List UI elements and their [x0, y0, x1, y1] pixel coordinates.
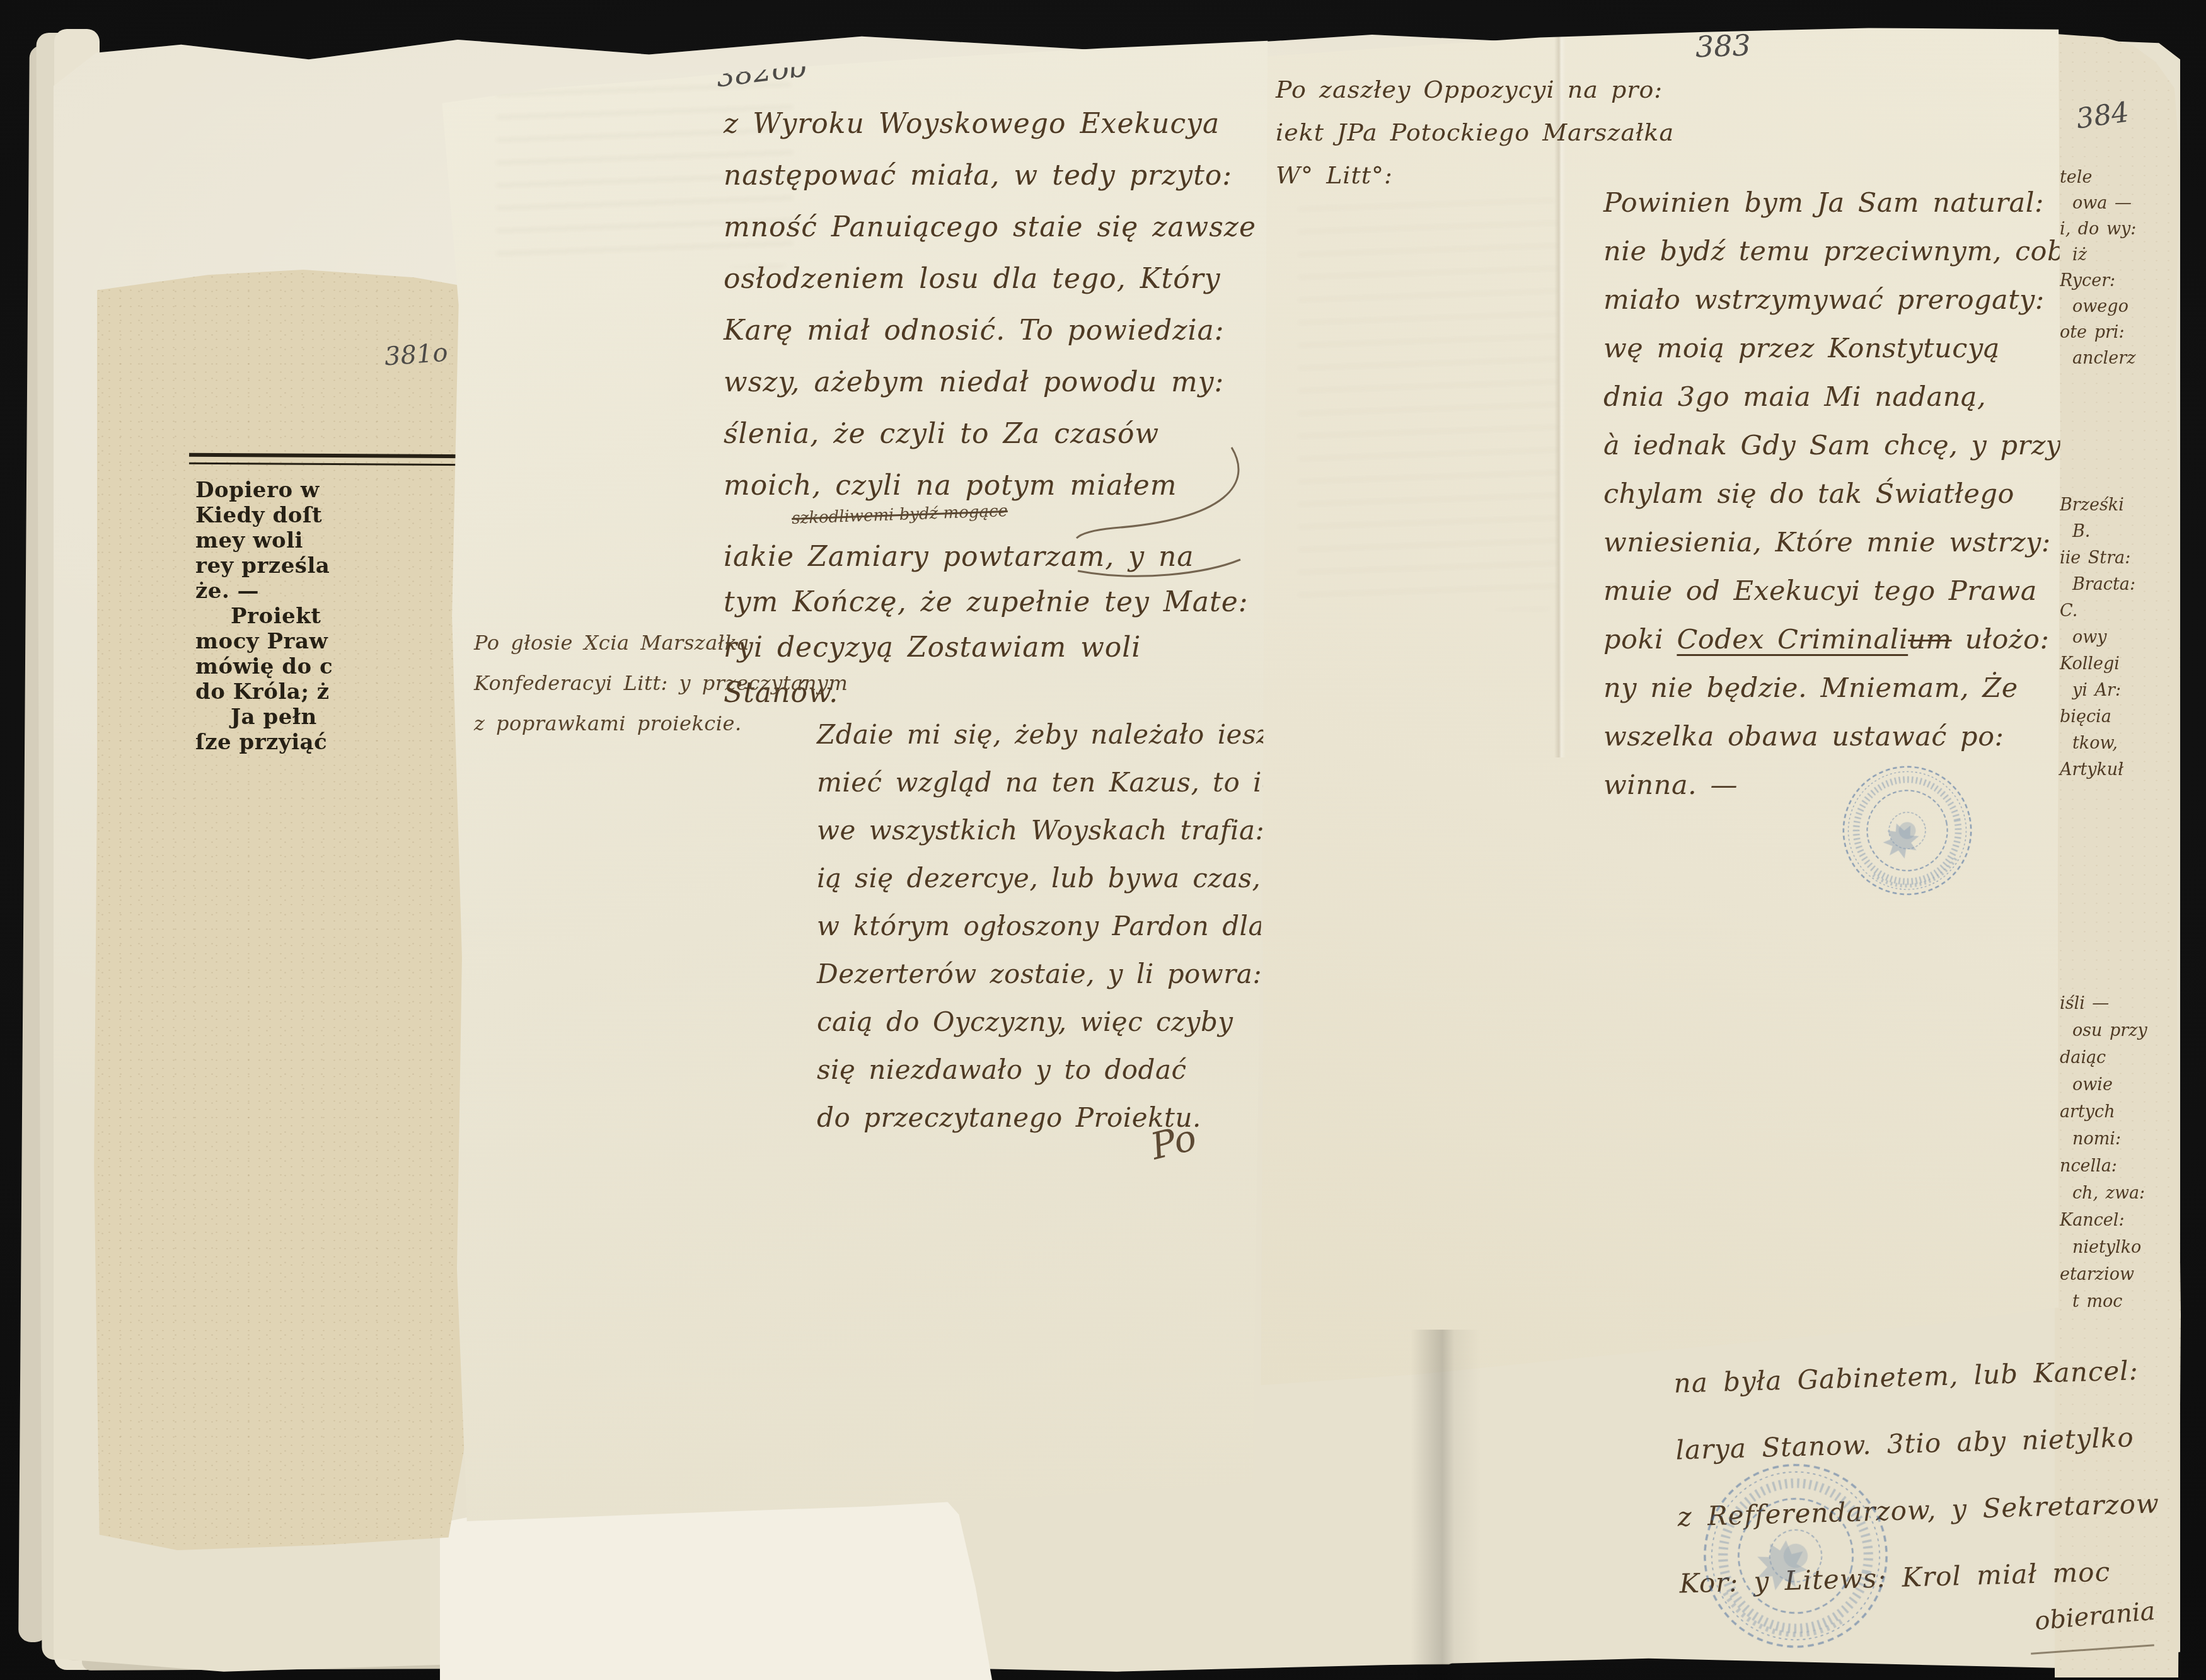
manuscript-line: Zdaie mi się, żeby należało ieszcze: [817, 711, 1316, 759]
edge-fragment-line: iie Stra:: [2060, 545, 2173, 572]
printed-line: mówię do c: [195, 654, 333, 679]
edge-fragment-group: iśli —osu przydaiącowieartychnomi:ncella…: [2060, 990, 2173, 1315]
edge-fragment-line: etarziow: [2060, 1261, 2173, 1288]
bleed-through-smudge: [1298, 194, 1557, 610]
gazette-fragment: 381o Dopiero wKiedy doſtmey wolirey prze…: [93, 270, 475, 1550]
edge-fragment-line: iż: [2060, 242, 2173, 268]
codex-line: poki Codex Criminalium ułożo:: [1603, 616, 2081, 664]
manuscript-line: Konfederacyi Litt: y przeczytanym: [474, 663, 848, 703]
manuscript-line: się niezdawało y to dodać: [817, 1046, 1316, 1094]
manuscript-line: osłodzeniem losu dla tego, Który: [724, 253, 1256, 305]
manuscript-line: następować miała, w tedy przyto:: [724, 150, 1256, 202]
manuscript-line: nie bydź temu przeciwnym, coby: [1603, 227, 2081, 276]
manuscript-line: wniesienia, Które mnie wstrzy:: [1603, 519, 2081, 567]
gutter-shadow: [1411, 1330, 1481, 1680]
manuscript-line: mność Panuiącego staie się zawsze: [724, 202, 1256, 253]
opposition-heading: Po zaszłey Oppozycyi na pro:iekt JPa Pot…: [1276, 68, 1674, 197]
archive-scan: 384 teleowa —i, do wy:iżRycer:owegoote p…: [0, 0, 2206, 1680]
manuscript-line: chylam się do tak Światłego: [1603, 470, 2081, 519]
codex-pre: poki: [1603, 624, 1677, 655]
edge-fragment-group: BrześkiB.iie Stra:Bracta:C.owyKollegiyi …: [2060, 492, 2173, 783]
edge-fragment-line: nietylko: [2060, 1234, 2173, 1261]
response-lines-a: Powinien bym Ja Sam natural:nie bydź tem…: [1603, 179, 2081, 616]
edge-fragment-line: ote pri:: [2060, 319, 2173, 345]
printed-line: że. —: [195, 578, 333, 604]
printed-line: mocy Praw: [195, 629, 333, 654]
printed-line: Dopiero w: [195, 478, 333, 503]
manuscript-line: caią do Oyczyzny, więc czyby: [817, 998, 1316, 1046]
printed-line: Proiekt: [195, 604, 333, 629]
edge-fragment-line: osu przy: [2060, 1017, 2173, 1044]
codex-post: ułożo:: [1952, 624, 2050, 655]
edge-fragment-line: artych: [2060, 1098, 2173, 1125]
manuscript-page-382v: 382ob z Wyroku Woyskowego Exekucyanastęp…: [439, 38, 1269, 1521]
edge-fragment-line: anclerz: [2060, 345, 2173, 371]
royal-response-block: Powinien bym Ja Sam natural:nie bydź tem…: [1603, 179, 2081, 810]
edge-fragment-line: nomi:: [2060, 1125, 2173, 1153]
manuscript-line: Po zaszłey Oppozycyi na pro:: [1276, 68, 1674, 111]
edge-fragment-line: bięcia: [2060, 704, 2173, 730]
edge-fragment-line: Artykuł: [2060, 757, 2173, 783]
manuscript-line: wszy, ażebym niedał powodu my:: [724, 357, 1256, 408]
manuscript-line: w którym ogłoszony Pardon dla: [817, 902, 1316, 950]
printed-line: do Króla; ż: [195, 679, 333, 705]
edge-fragment-line: t moc: [2060, 1288, 2173, 1315]
manuscript-line: à iednak Gdy Sam chcę, y przy:: [1603, 422, 2081, 470]
edge-fragment-line: daiąc: [2060, 1044, 2173, 1071]
edge-fragment-line: tele: [2060, 164, 2173, 190]
edge-fragment-line: Rycer:: [2060, 268, 2173, 294]
manuscript-line: iakie Zamiary powtarzam, y na: [724, 534, 1249, 580]
edge-fragment-line: Kancel:: [2060, 1207, 2173, 1234]
opinion-block: Zdaie mi się, żeby należało ieszczemieć …: [817, 711, 1316, 1142]
manuscript-line: Powinien bym Ja Sam natural:: [1603, 179, 2081, 227]
edge-fragment-line: owa —: [2060, 190, 2173, 216]
folio-number-384: 384: [2074, 96, 2131, 135]
folio-number-383: 383: [1695, 28, 1752, 64]
folio-number-381: 381o: [384, 338, 449, 372]
edge-fragment-line: Brześki: [2060, 492, 2173, 519]
manuscript-line: wszelka obawa ustawać po:: [1603, 713, 2081, 761]
edge-fragment-line: Kollegi: [2060, 651, 2173, 677]
manuscript-line: we wszystkich Woyskach trafia:: [817, 807, 1316, 854]
printed-text-block: Dopiero wKiedy doſtmey wolirey prześlaże…: [195, 478, 333, 755]
manuscript-line: ią się dezercye, lub bywa czas,: [817, 854, 1316, 902]
edge-fragment-line: i, do wy:: [2060, 216, 2173, 242]
edge-fragment-line: yi Ar:: [2060, 677, 2173, 704]
round-stamp-icon: [1828, 751, 1986, 909]
edge-fragment-line: B.: [2060, 519, 2173, 545]
printed-line: ſze przyiąć: [195, 730, 333, 755]
manuscript-line: wę moią przez Konstytucyą: [1603, 325, 2081, 373]
printed-double-rule: [189, 453, 474, 466]
manuscript-line: iekt JPa Potockiego Marszałka: [1276, 111, 1674, 154]
printed-line: rey prześla: [195, 553, 333, 578]
edge-fragment-line: iśli —: [2060, 990, 2173, 1017]
codex-underlined: Codex Criminali: [1677, 624, 1908, 655]
edge-fragment-line: owego: [2060, 294, 2173, 319]
codex-struck-suffix: um: [1908, 624, 1951, 655]
printed-line: mey woli: [195, 528, 333, 553]
edge-fragment-line: owy: [2060, 624, 2173, 651]
printed-line: Kiedy doſt: [195, 503, 333, 528]
manuscript-line: muie od Exekucyi tego Prawa: [1603, 567, 2081, 616]
manuscript-line: Karę miał odnosić. To powiedzia:: [724, 305, 1256, 357]
manuscript-line: ny nie będzie. Mniemam, Że: [1603, 664, 2081, 713]
edge-fragment-line: C.: [2060, 598, 2173, 624]
manuscript-line: Po głosie Xcia Marszałka: [474, 623, 848, 663]
marginal-note: Po głosie Xcia MarszałkaKonfederacyi Lit…: [474, 623, 848, 744]
manuscript-line: z Wyroku Woyskowego Exekucya: [724, 98, 1256, 150]
edge-fragment-group: teleowa —i, do wy:iżRycer:owegoote pri:a…: [2060, 164, 2173, 371]
manuscript-line: dnia 3go maia Mi nadaną,: [1603, 373, 2081, 422]
manuscript-line: do przeczytanego Proiektu.: [817, 1094, 1316, 1142]
edge-fragment-line: tkow,: [2060, 730, 2173, 757]
manuscript-line: mieć wzgląd na ten Kazus, to iest: [817, 759, 1316, 807]
manuscript-line: Dezerterów zostaie, y li powra:: [817, 950, 1316, 998]
printed-line: Ja pełn: [195, 705, 333, 730]
manuscript-line: tym Kończę, że zupełnie tey Mate:: [724, 580, 1249, 625]
manuscript-line: z poprawkami proiekcie.: [474, 703, 848, 744]
edge-fragment-line: ch, zwa:: [2060, 1180, 2173, 1207]
edge-fragment-line: Bracta:: [2060, 572, 2173, 598]
manuscript-page-383: 383 Po zaszłey Oppozycyi na pro:iekt JPa…: [1259, 24, 2061, 1385]
edge-fragment-line: owie: [2060, 1071, 2173, 1098]
manuscript-line: miało wstrzymywać prerogaty:: [1603, 276, 2081, 325]
edge-fragment-line: ncella:: [2060, 1153, 2173, 1180]
